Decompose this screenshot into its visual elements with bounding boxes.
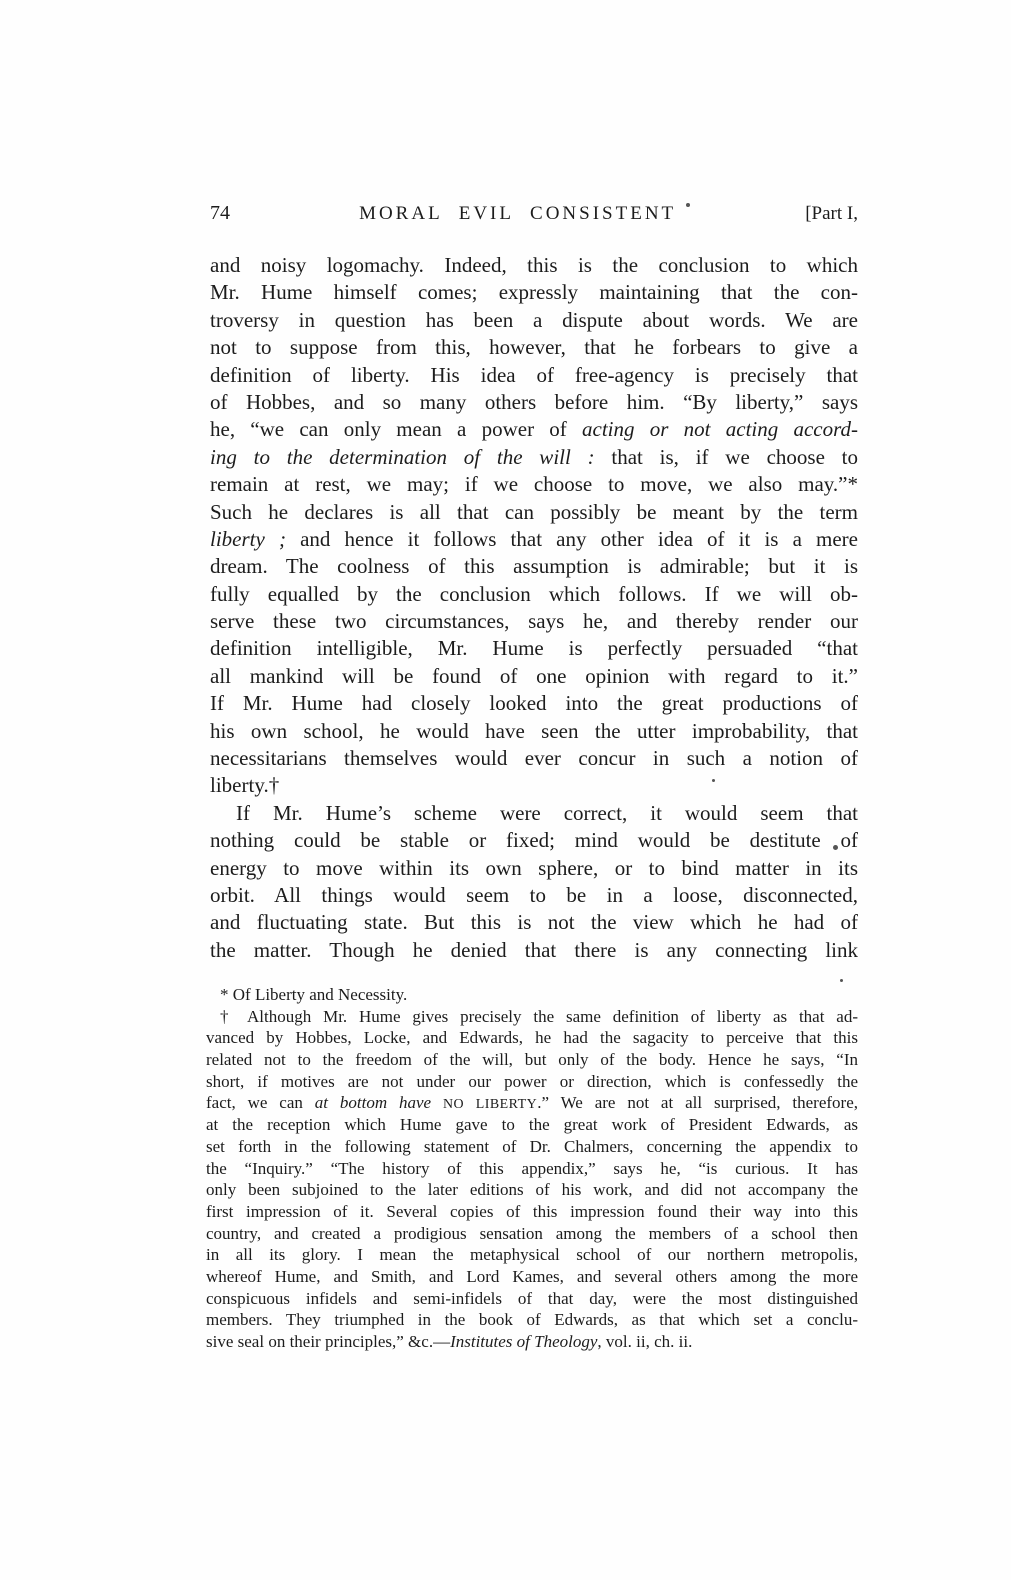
text-line: sive seal on their principles,” &c.—Inst… [206, 1331, 858, 1353]
text-line: troversy in question has been a dispute … [210, 307, 858, 334]
part-label: [Part I, [805, 203, 858, 225]
text-line: only been subjoined to the later edition… [206, 1179, 858, 1201]
text-line: serve these two circumstances, says he, … [210, 608, 858, 635]
text-line: members. They triumphed in the book of E… [206, 1309, 858, 1331]
text-line: not to suppose from this, however, that … [210, 334, 858, 361]
text-line: first impression of it. Several copies o… [206, 1201, 858, 1223]
footnotes-section: * Of Liberty and Necessity.† Although Mr… [206, 984, 858, 1353]
text-line: his own school, he would have seen the u… [210, 718, 858, 745]
text-line: short, if motives are not under our powe… [206, 1071, 858, 1093]
text-line: whereof Hume, and Smith, and Lord Kames,… [206, 1266, 858, 1288]
text-line: definition of liberty. His idea of free-… [210, 362, 858, 389]
text-line: If Mr. Hume’s scheme were correct, it wo… [210, 800, 858, 827]
body-text: and noisy logomachy. Indeed, this is the… [210, 252, 858, 964]
text-line: orbit. All things would seem to be in a … [210, 882, 858, 909]
text-line: fully equalled by the conclusion which f… [210, 581, 858, 608]
text-line: liberty.† [210, 772, 858, 799]
text-line: and noisy logomachy. Indeed, this is the… [210, 252, 858, 279]
text-line: in all its glory. I mean the metaphysica… [206, 1244, 858, 1266]
text-line: and fluctuating state. But this is not t… [210, 909, 858, 936]
text-line: remain at rest, we may; if we choose to … [210, 471, 858, 498]
page-number: 74 [210, 202, 230, 225]
text-line: nothing could be stable or fixed; mind w… [210, 827, 858, 854]
text-line: of Hobbes, and so many others before him… [210, 389, 858, 416]
text-line: Such he declares is all that can possibl… [210, 499, 858, 526]
text-line: † Although Mr. Hume gives precisely the … [206, 1006, 858, 1028]
text-line: Mr. Hume himself comes; expressly mainta… [210, 279, 858, 306]
text-line: ing to the determination of the will : t… [210, 444, 858, 471]
text-line: energy to move within its own sphere, or… [210, 855, 858, 882]
running-title: MORAL EVIL CONSISTENT [230, 203, 805, 225]
text-line: necessitarians themselves would ever con… [210, 745, 858, 772]
text-line: fact, we can at bottom have NO LIBERTY.”… [206, 1092, 858, 1114]
text-line: If Mr. Hume had closely looked into the … [210, 690, 858, 717]
text-line: the matter. Though he denied that there … [210, 937, 858, 964]
text-line: liberty ; and hence it follows that any … [210, 526, 858, 553]
text-line: vanced by Hobbes, Locke, and Edwards, he… [206, 1027, 858, 1049]
scanned-book-page: 74 MORAL EVIL CONSISTENT [Part I, and no… [0, 0, 1011, 1580]
text-line: he, “we can only mean a power of acting … [210, 416, 858, 443]
running-header: 74 MORAL EVIL CONSISTENT [Part I, [210, 202, 858, 230]
text-line: related not to the freedom of the will, … [206, 1049, 858, 1071]
scan-speck [833, 845, 838, 850]
text-line: conspicuous infidels and semi-infidels o… [206, 1288, 858, 1310]
text-line: set forth in the following statement of … [206, 1136, 858, 1158]
scan-speck [712, 779, 715, 782]
text-line: dream. The coolness of this assumption i… [210, 553, 858, 580]
text-line: the “Inquiry.” “The history of this appe… [206, 1158, 858, 1180]
text-line: * Of Liberty and Necessity. [206, 984, 858, 1006]
text-line: at the reception which Hume gave to the … [206, 1114, 858, 1136]
scan-speck [840, 979, 843, 982]
text-line: definition intelligible, Mr. Hume is per… [210, 635, 858, 662]
scan-speck [686, 203, 690, 207]
text-line: all mankind will be found of one opinion… [210, 663, 858, 690]
text-line: country, and created a prodigious sensat… [206, 1223, 858, 1245]
